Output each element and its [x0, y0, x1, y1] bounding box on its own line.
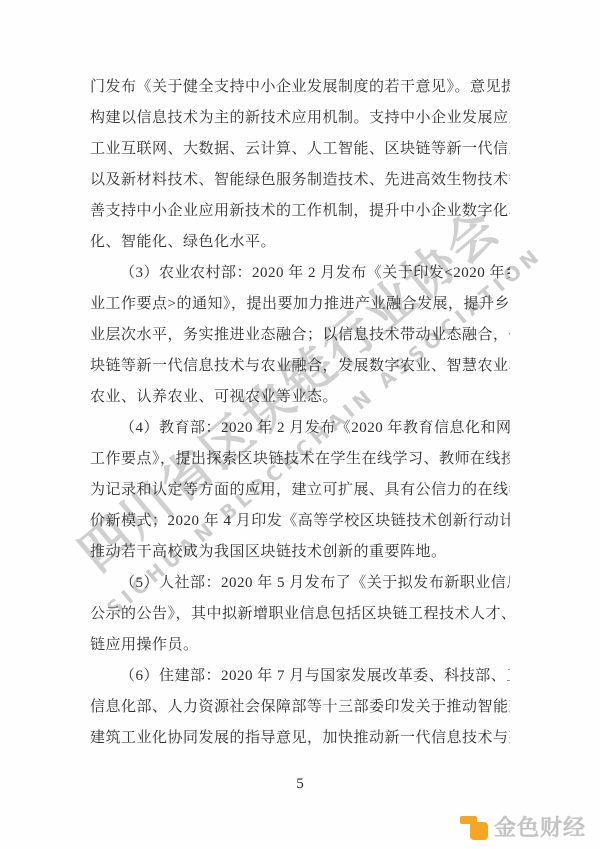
- text-line: 农业、认养农业、可视农业等业态。: [90, 382, 510, 413]
- text-line: 善支持中小企业应用新技术的工作机制，提升中小企业数字化、网络: [90, 196, 510, 227]
- text-line: 工业互联网、大数据、云计算、人工智能、区块链等新一代信息技术: [90, 134, 510, 165]
- text-line: 公示的公告》，其中拟新增职业信息包括区块链工程技术人才、区块: [90, 599, 510, 630]
- text-line-item-3: （3）农业农村部：2020 年 2 月发布《关于印发<2020 年乡村产: [90, 258, 510, 289]
- text-line: 化、智能化、绿色化水平。: [90, 227, 510, 258]
- jinse-finance-logo: 金色财经: [460, 811, 586, 842]
- text-line: 链应用操作员。: [90, 630, 510, 661]
- text-line: 以及新材料技术、智能绿色服务制造技术、先进高效生物技术等，完: [90, 165, 510, 196]
- jinse-logo-square: [470, 822, 488, 840]
- text-line: 块链等新一代信息技术与农业融合，发展数字农业、智慧农业、信任: [90, 351, 510, 382]
- text-line-item-6: （6）住建部：2020 年 7 月与国家发展改革委、科技部、工业和: [90, 661, 510, 692]
- text-line-item-5: （5）人社部：2020 年 5 月发布了《关于拟发布新职业信息进行: [90, 568, 510, 599]
- text-line-item-4: （4）教育部：2020 年 2 月发布《2020 年教育信息化和网络安全: [90, 413, 510, 444]
- document-page: 四川省区块链行业协会 SICHUAN BLOCKCHAIN ASSOCIATIO…: [0, 0, 600, 849]
- text-line: 业工作要点>的通知》，提出要加力推进产业融合发展，提升乡村产: [90, 289, 510, 320]
- jinse-logo-icon: [460, 813, 488, 841]
- jinse-logo-text: 金色财经: [494, 811, 586, 842]
- text-line: 为记录和认定等方面的应用，建立可扩展、具有公信力的在线教学评: [90, 475, 510, 506]
- document-body: 门发布《关于健全支持中小企业发展制度的若干意见》。意见提出， 构建以信息技术为主…: [90, 72, 510, 754]
- text-line: 门发布《关于健全支持中小企业发展制度的若干意见》。意见提出，: [90, 72, 510, 103]
- text-line: 推动若干高校成为我国区块链技术创新的重要阵地。: [90, 537, 510, 568]
- text-line: 业层次水平，务实推进业态融合；以信息技术带动业态融合，促进区: [90, 320, 510, 351]
- text-line: 建筑工业化协同发展的指导意见，加快推动新一代信息技术与建筑工: [90, 723, 510, 754]
- text-line: 构建以信息技术为主的新技术应用机制。支持中小企业发展应用 5G、: [90, 103, 510, 134]
- page-number: 5: [0, 776, 600, 793]
- text-line: 价新模式；2020 年 4 月印发《高等学校区块链技术创新行动计划》，: [90, 506, 510, 537]
- text-line: 工作要点》，提出探索区块链技术在学生在线学习、教师在线授课行: [90, 444, 510, 475]
- text-line: 信息化部、人力资源社会保障部等十三部委印发关于推动智能建造与: [90, 692, 510, 723]
